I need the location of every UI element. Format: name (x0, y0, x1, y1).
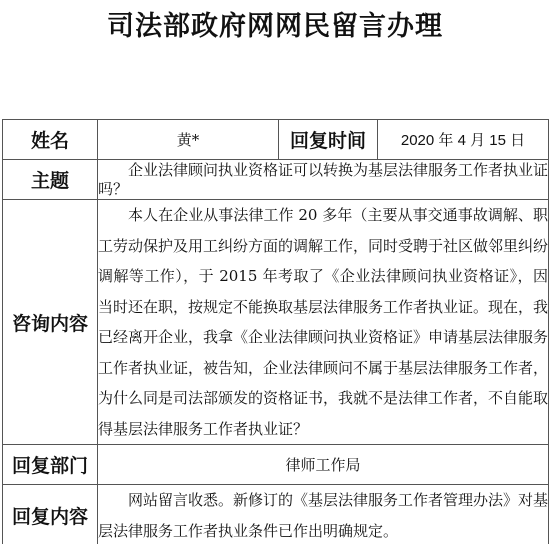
name-label: 姓名 (3, 120, 98, 160)
reply-content-label: 回复内容 (3, 485, 98, 544)
row-reply-content: 回复内容 网站留言收悉。新修订的《基层法律服务工作者管理办法》对基层法律服务工作… (3, 485, 549, 544)
name-value: 黄* (98, 120, 279, 160)
reply-dept-value: 律师工作局 (98, 445, 549, 485)
subject-value: 企业法律顾问执业资格证可以转换为基层法律服务工作者执业证吗？ (98, 160, 549, 200)
message-form-table: 姓名 黄* 回复时间 2020 年 4 月 15 日 主题 企业法律顾问执业资格… (2, 119, 549, 544)
row-name-time: 姓名 黄* 回复时间 2020 年 4 月 15 日 (3, 120, 549, 160)
page-title: 司法部政府网网民留言办理 (0, 4, 550, 43)
inquiry-value: 本人在企业从事法律工作 20 多年（主要从事交通事故调解、职工劳动保护及用工纠纷… (98, 200, 549, 445)
row-reply-dept: 回复部门 律师工作局 (3, 445, 549, 485)
reply-time-label: 回复时间 (279, 120, 378, 160)
subject-label: 主题 (3, 160, 98, 200)
reply-time-value: 2020 年 4 月 15 日 (378, 120, 549, 160)
row-subject: 主题 企业法律顾问执业资格证可以转换为基层法律服务工作者执业证吗？ (3, 160, 549, 200)
row-inquiry: 咨询内容 本人在企业从事法律工作 20 多年（主要从事交通事故调解、职工劳动保护… (3, 200, 549, 445)
inquiry-label: 咨询内容 (3, 200, 98, 445)
reply-dept-label: 回复部门 (3, 445, 98, 485)
reply-content-value: 网站留言收悉。新修订的《基层法律服务工作者管理办法》对基层法律服务工作者执业条件… (98, 485, 549, 544)
